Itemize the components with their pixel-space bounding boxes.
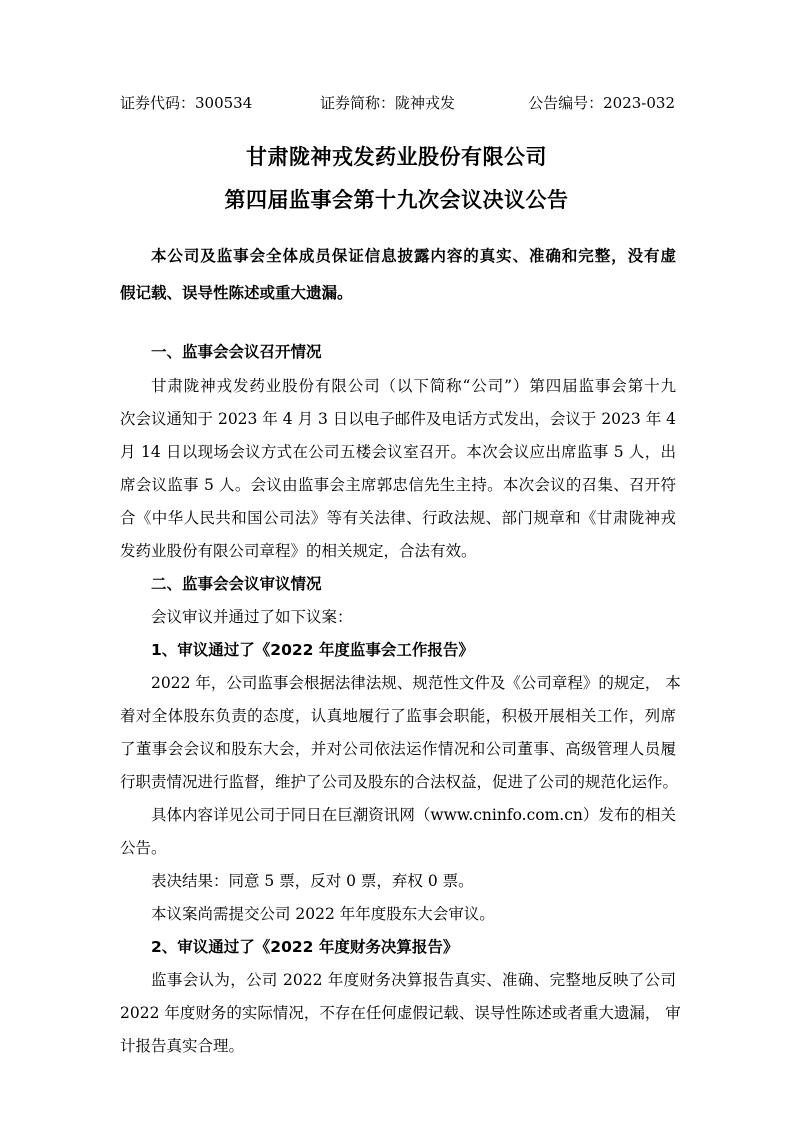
paragraph-line: 了董事会会议和股东大会，并对公司依法运作情况和公司董事、高级管理人员履 [120, 738, 676, 760]
section-intro: 会议审议并通过了如下议案： [151, 606, 676, 628]
notice-number: 公告编号：2023-032 [528, 92, 675, 114]
paragraph-line: 计报告真实合理。 [120, 1035, 676, 1057]
paragraph-line: 监事会认为，公司 2022 年度财务决算报告真实、准确、完整地反映了公司 [151, 969, 676, 991]
item-heading-2: 2、审议通过了《2022 年度财务决算报告》 [151, 936, 676, 958]
notice-title: 第四届监事会第十九次会议决议公告 [0, 186, 793, 214]
paragraph-line: 次会议通知于 2023 年 4 月 3 日以电子邮件及电话方式发出，会议于 20… [120, 408, 676, 430]
paragraph-line: 公告。 [120, 837, 676, 859]
paragraph-line: 月 14 日以现场会议方式在公司五楼会议室召开。本次会议应出席监事 5 人，出 [120, 441, 676, 463]
company-title: 甘肃陇神戎发药业股份有限公司 [0, 143, 793, 171]
paragraph-line: 着对全体股东负责的态度，认真地履行了监事会职能，积极开展相关工作，列席 [120, 705, 676, 727]
statement-line: 本公司及监事会全体成员保证信息披露内容的真实、准确和完整，没有虚 [151, 245, 676, 267]
stock-code: 证券代码：300534 [120, 92, 252, 114]
approval-note: 本议案尚需提交公司 2022 年年度股东大会审议。 [151, 903, 676, 925]
paragraph-line: 合《中华人民共和国公司法》等有关法律、行政法规、部门规章和《甘肃陇神戎 [120, 507, 676, 529]
document-page: 证券代码：300534 证券简称：陇神戎发 公告编号：2023-032 甘肃陇神… [0, 0, 793, 1122]
stock-abbreviation: 证券简称：陇神戎发 [320, 92, 455, 114]
document-header: 证券代码：300534 证券简称：陇神戎发 公告编号：2023-032 [120, 92, 675, 114]
statement-line: 假记载、误导性陈述或重大遗漏。 [120, 282, 676, 304]
paragraph-line: 2022 年，公司监事会根据法律法规、规范性文件及《公司章程》的规定， 本 [151, 672, 676, 694]
section-heading-1: 一、监事会会议召开情况 [151, 341, 676, 363]
section-heading-2: 二、监事会会议审议情况 [151, 573, 676, 595]
paragraph-line: 席会议监事 5 人。会议由监事会主席郭忠信先生主持。本次会议的召集、召开符 [120, 474, 676, 496]
paragraph-line: 行职责情况进行监督，维护了公司及股东的合法权益，促进了公司的规范化运作。 [120, 771, 676, 793]
paragraph-line: 发药业股份有限公司章程》的相关规定，合法有效。 [120, 540, 676, 562]
item-heading-1: 1、审议通过了《2022 年度监事会工作报告》 [151, 639, 676, 661]
paragraph-line: 2022 年度财务的实际情况，不存在任何虚假记载、误导性陈述或者重大遗漏， 审 [120, 1002, 676, 1024]
paragraph-line: 具体内容详见公司于同日在巨潮资讯网（www.cninfo.com.cn）发布的相… [151, 804, 676, 826]
vote-result: 表决结果：同意 5 票，反对 0 票，弃权 0 票。 [151, 870, 676, 892]
paragraph-line: 甘肃陇神戎发药业股份有限公司（以下简称“公司”）第四届监事会第十九 [151, 375, 676, 397]
